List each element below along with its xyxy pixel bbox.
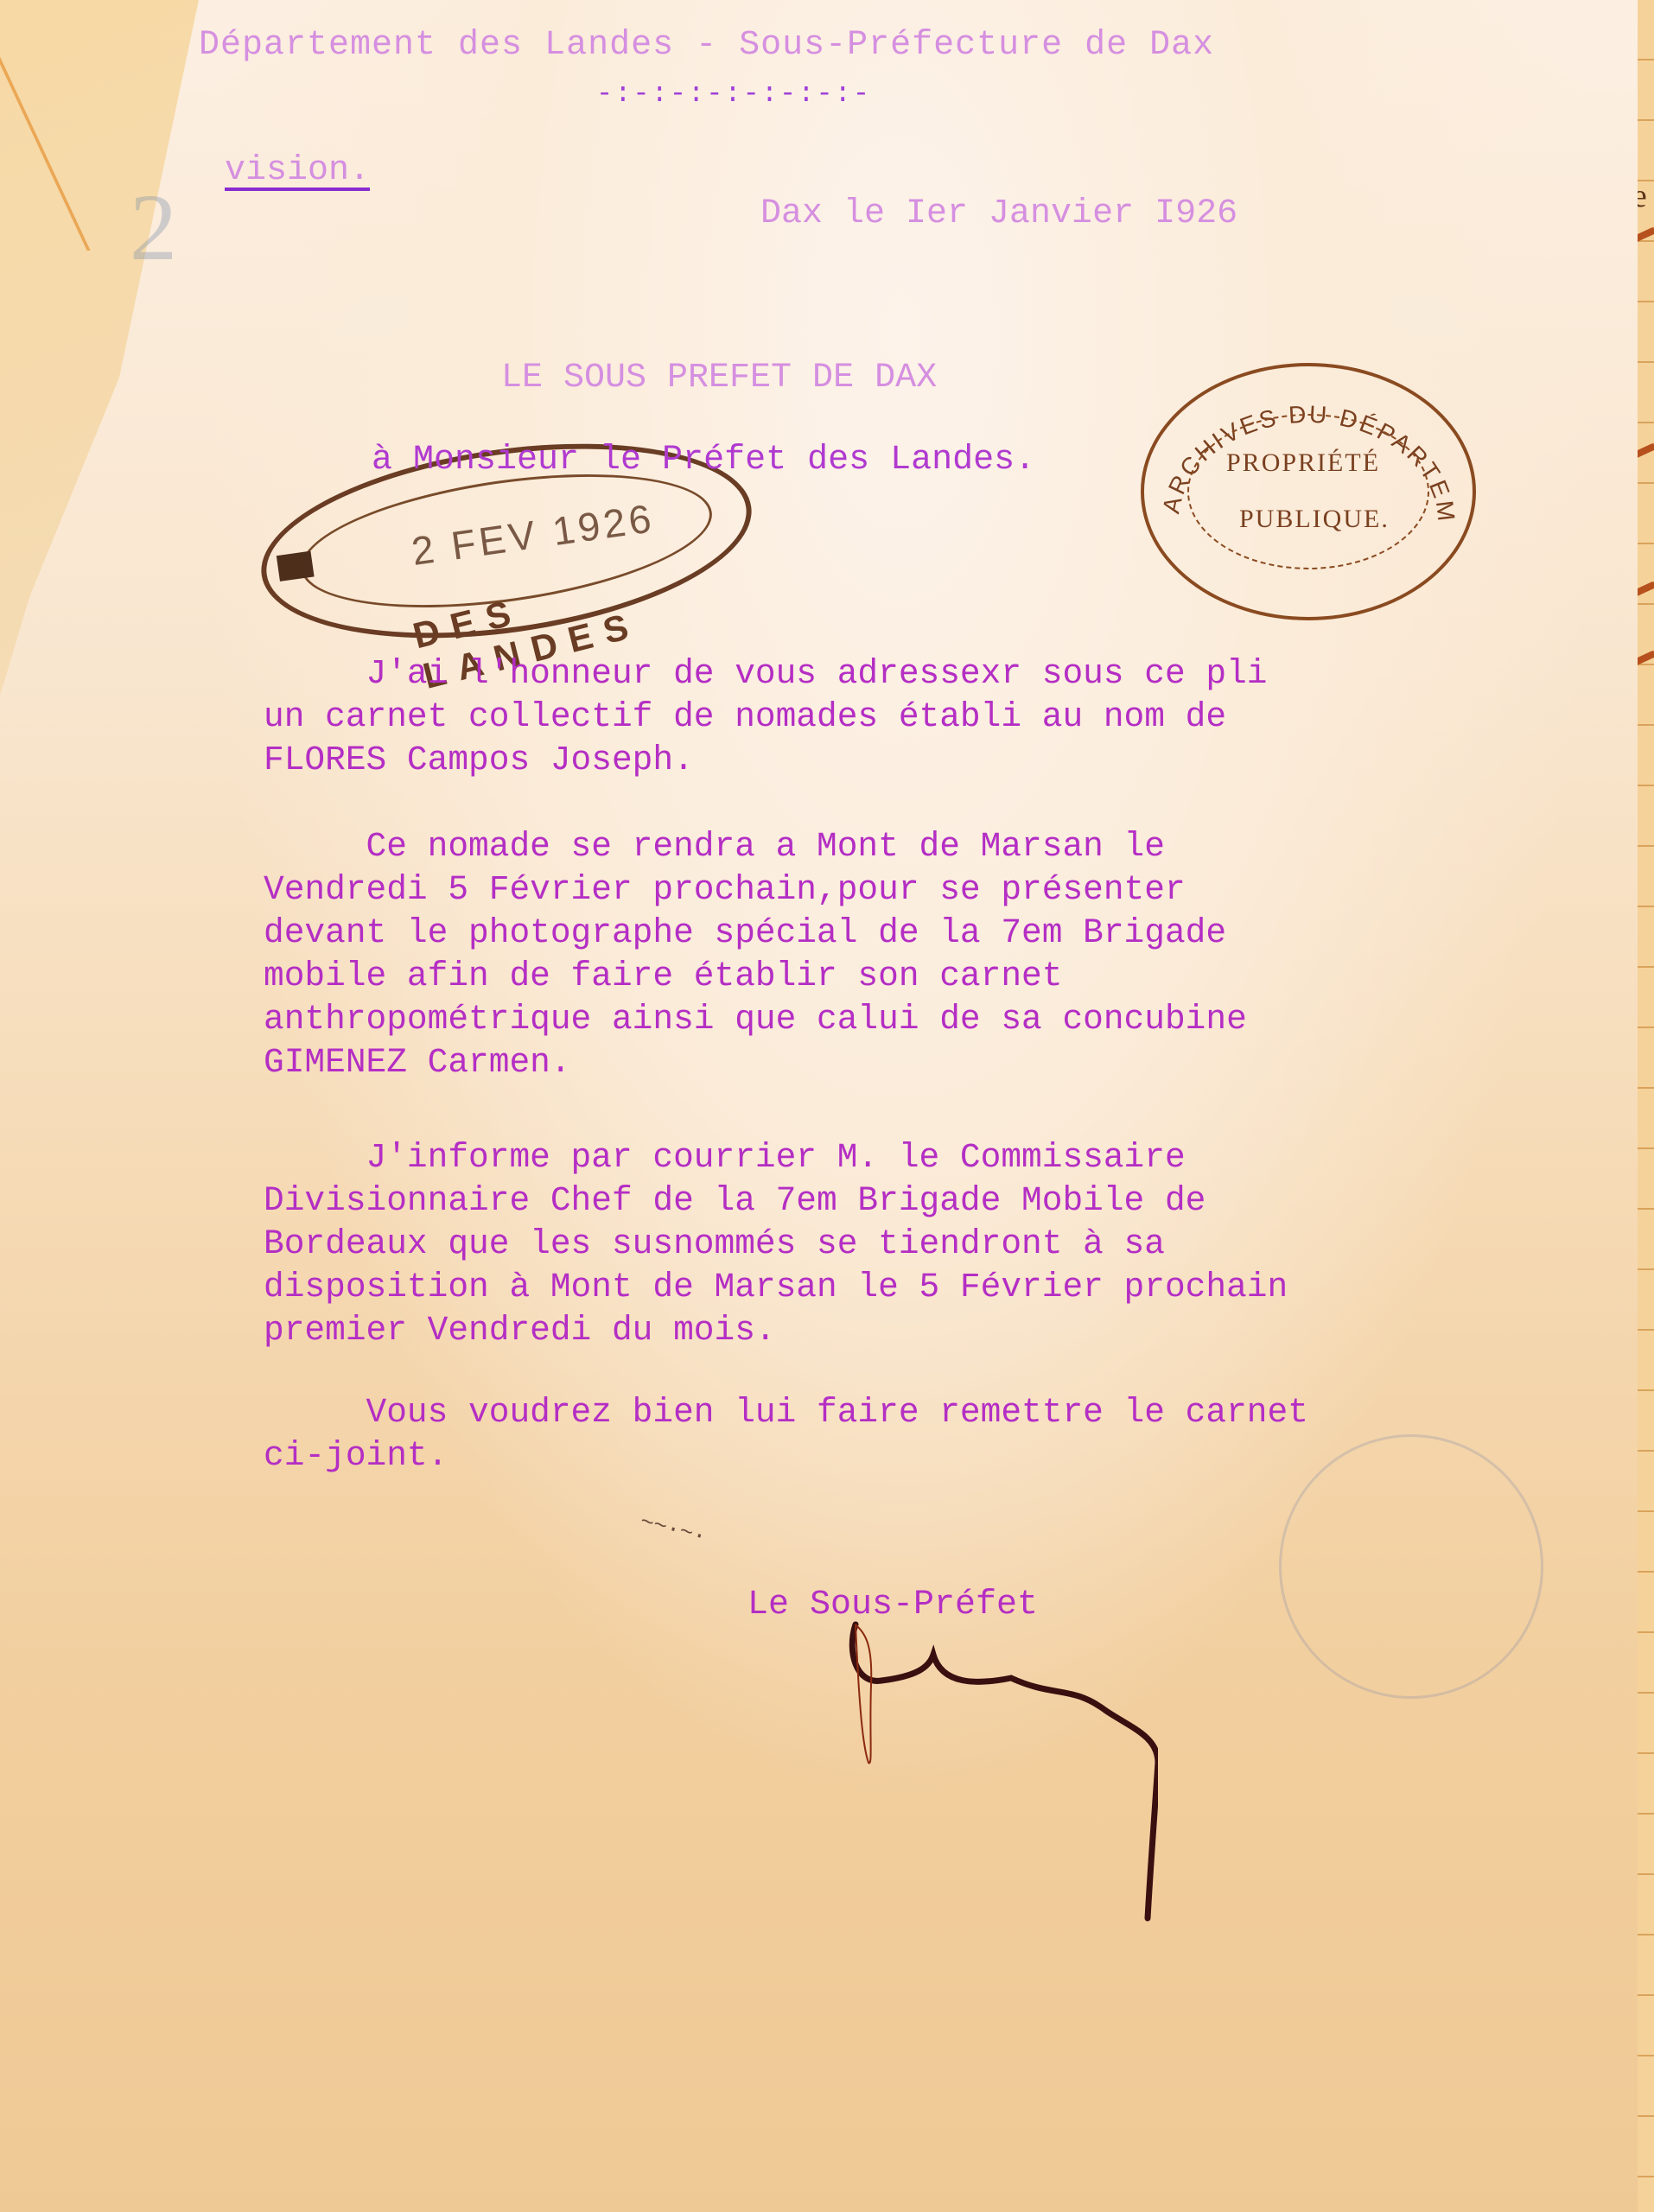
pencil-annotation: 2 xyxy=(130,173,177,283)
ink-smudge: ~~·~· xyxy=(638,1509,709,1550)
paragraph-4: Vous voudrez bien lui faire remettre le … xyxy=(264,1391,1308,1478)
paragraph-3: J'informe par courrier M. le Commissaire… xyxy=(264,1136,1288,1352)
paragraph-2: Ce nomade se rendra a Mont de Marsan le … xyxy=(264,825,1247,1084)
letter-sheet: 2 Département des Landes - Sous-Préfectu… xyxy=(0,0,1638,2212)
stamp-center-line-1: PROPRIÉTÉ xyxy=(1226,448,1380,478)
archives-property-stamp: ARCHIVES DU DÉPARTEMENT DES LANDES PROPR… xyxy=(1141,363,1476,620)
letterhead-rule: -:-:-:-:-:-:-:- xyxy=(596,78,871,110)
sender-line: LE SOUS PREFET DE DAX xyxy=(501,359,937,397)
recipient-line: à Monsieur le Préfet des Landes. xyxy=(372,441,1035,480)
stamp-inner-ring xyxy=(1187,414,1429,569)
signature-icon xyxy=(847,1616,1158,1927)
paragraph-1: J'ai l'honneur de vous adressexr sous ce… xyxy=(264,652,1268,782)
division-label: vision. xyxy=(225,151,370,190)
letterhead-title: Département des Landes - Sous-Préfecture… xyxy=(199,26,1214,65)
faded-stamp xyxy=(1279,1434,1543,1699)
letter-date: Dax le Ier Janvier I926 xyxy=(760,194,1237,233)
stamp-center-line-2: PUBLIQUE. xyxy=(1239,505,1390,534)
stamp-notch xyxy=(277,551,315,582)
